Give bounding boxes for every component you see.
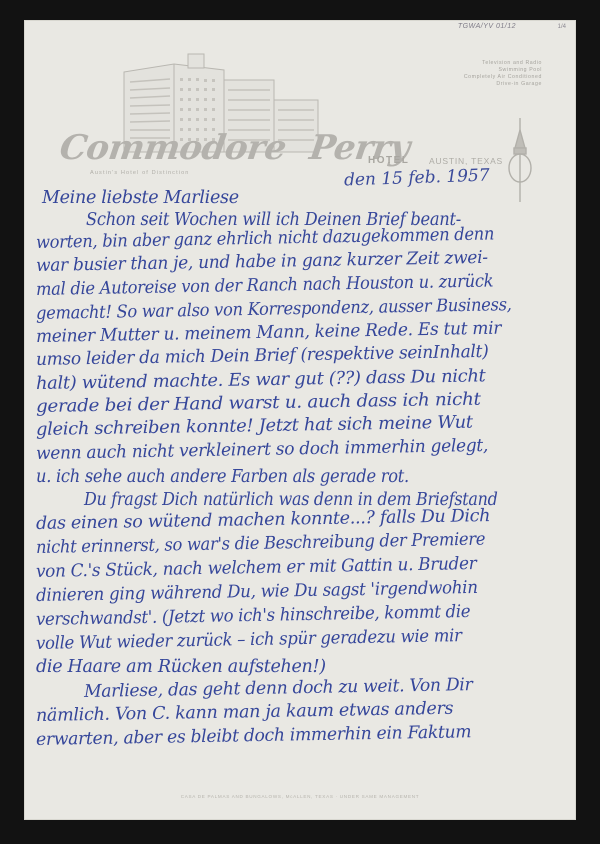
amenity-item: Drive-in Garage [464, 81, 542, 88]
hotel-tagline: Austin's Hotel of Distinction [90, 170, 190, 176]
handwritten-line: nämlich. Von C. kann man ja kaum etwas a… [36, 699, 454, 726]
hotel-label: HOTEL [368, 155, 409, 166]
handwritten-line: nicht erinnerst, so war's die Beschreibu… [36, 530, 485, 558]
amenity-item: Television and Radio [464, 60, 542, 67]
handwritten-line: dinieren ging während Du, wie Du sagst '… [36, 578, 478, 606]
amenity-item: Swimming Pool [464, 67, 542, 74]
amenity-item: Completely Air Conditioned [464, 74, 542, 81]
handwritten-line: wenn auch nicht verkleinert so doch imme… [36, 436, 488, 464]
handwritten-line: war busier than je, und habe in ganz kur… [36, 248, 488, 276]
archive-reference: TGWA/YV 01/12 [458, 23, 516, 30]
logo-word-commodore: Commodore [57, 128, 288, 168]
letter-date: den 15 feb. 1957 [344, 165, 490, 190]
page-mark: 1/4 [558, 24, 566, 30]
handwritten-line: umso leider da mich Dein Brief (respekti… [36, 342, 489, 370]
letterhead-footer: CASA DE PALMAS AND BUNGALOWS, McALLEN, T… [24, 794, 576, 799]
salutation: Meine liebste Marliese [42, 188, 239, 208]
handwritten-line: die Haare am Rücken aufstehen!) [36, 657, 326, 677]
letter-page: TGWA/YV 01/12 1/4 Television and Radio S… [24, 20, 576, 820]
amenities-list: Television and Radio Swimming Pool Compl… [464, 60, 542, 88]
handwritten-line: von C.'s Stück, nach welchem er mit Gatt… [36, 554, 477, 582]
handwritten-line: verschwandst'. (Jetzt wo ich's hinschrei… [36, 602, 471, 630]
handwritten-line: u. ich sehe auch andere Farben als gerad… [36, 467, 409, 487]
hotel-logo-wordmark: CommodorePerry [57, 128, 412, 168]
handwritten-line: Marliese, das geht denn doch zu weit. Vo… [84, 675, 473, 702]
hotel-city: AUSTIN, TEXAS [429, 156, 503, 166]
scan-background: TGWA/YV 01/12 1/4 Television and Radio S… [0, 0, 600, 844]
handwritten-line: erwarten, aber es bleibt doch immerhin e… [36, 722, 472, 750]
handwritten-line: volle Wut wieder zurück – ich spür gerad… [36, 626, 462, 654]
handwritten-line: gleich schreiben konnte! Jetzt hat sich … [36, 413, 473, 440]
capitol-tower-icon [506, 118, 534, 204]
